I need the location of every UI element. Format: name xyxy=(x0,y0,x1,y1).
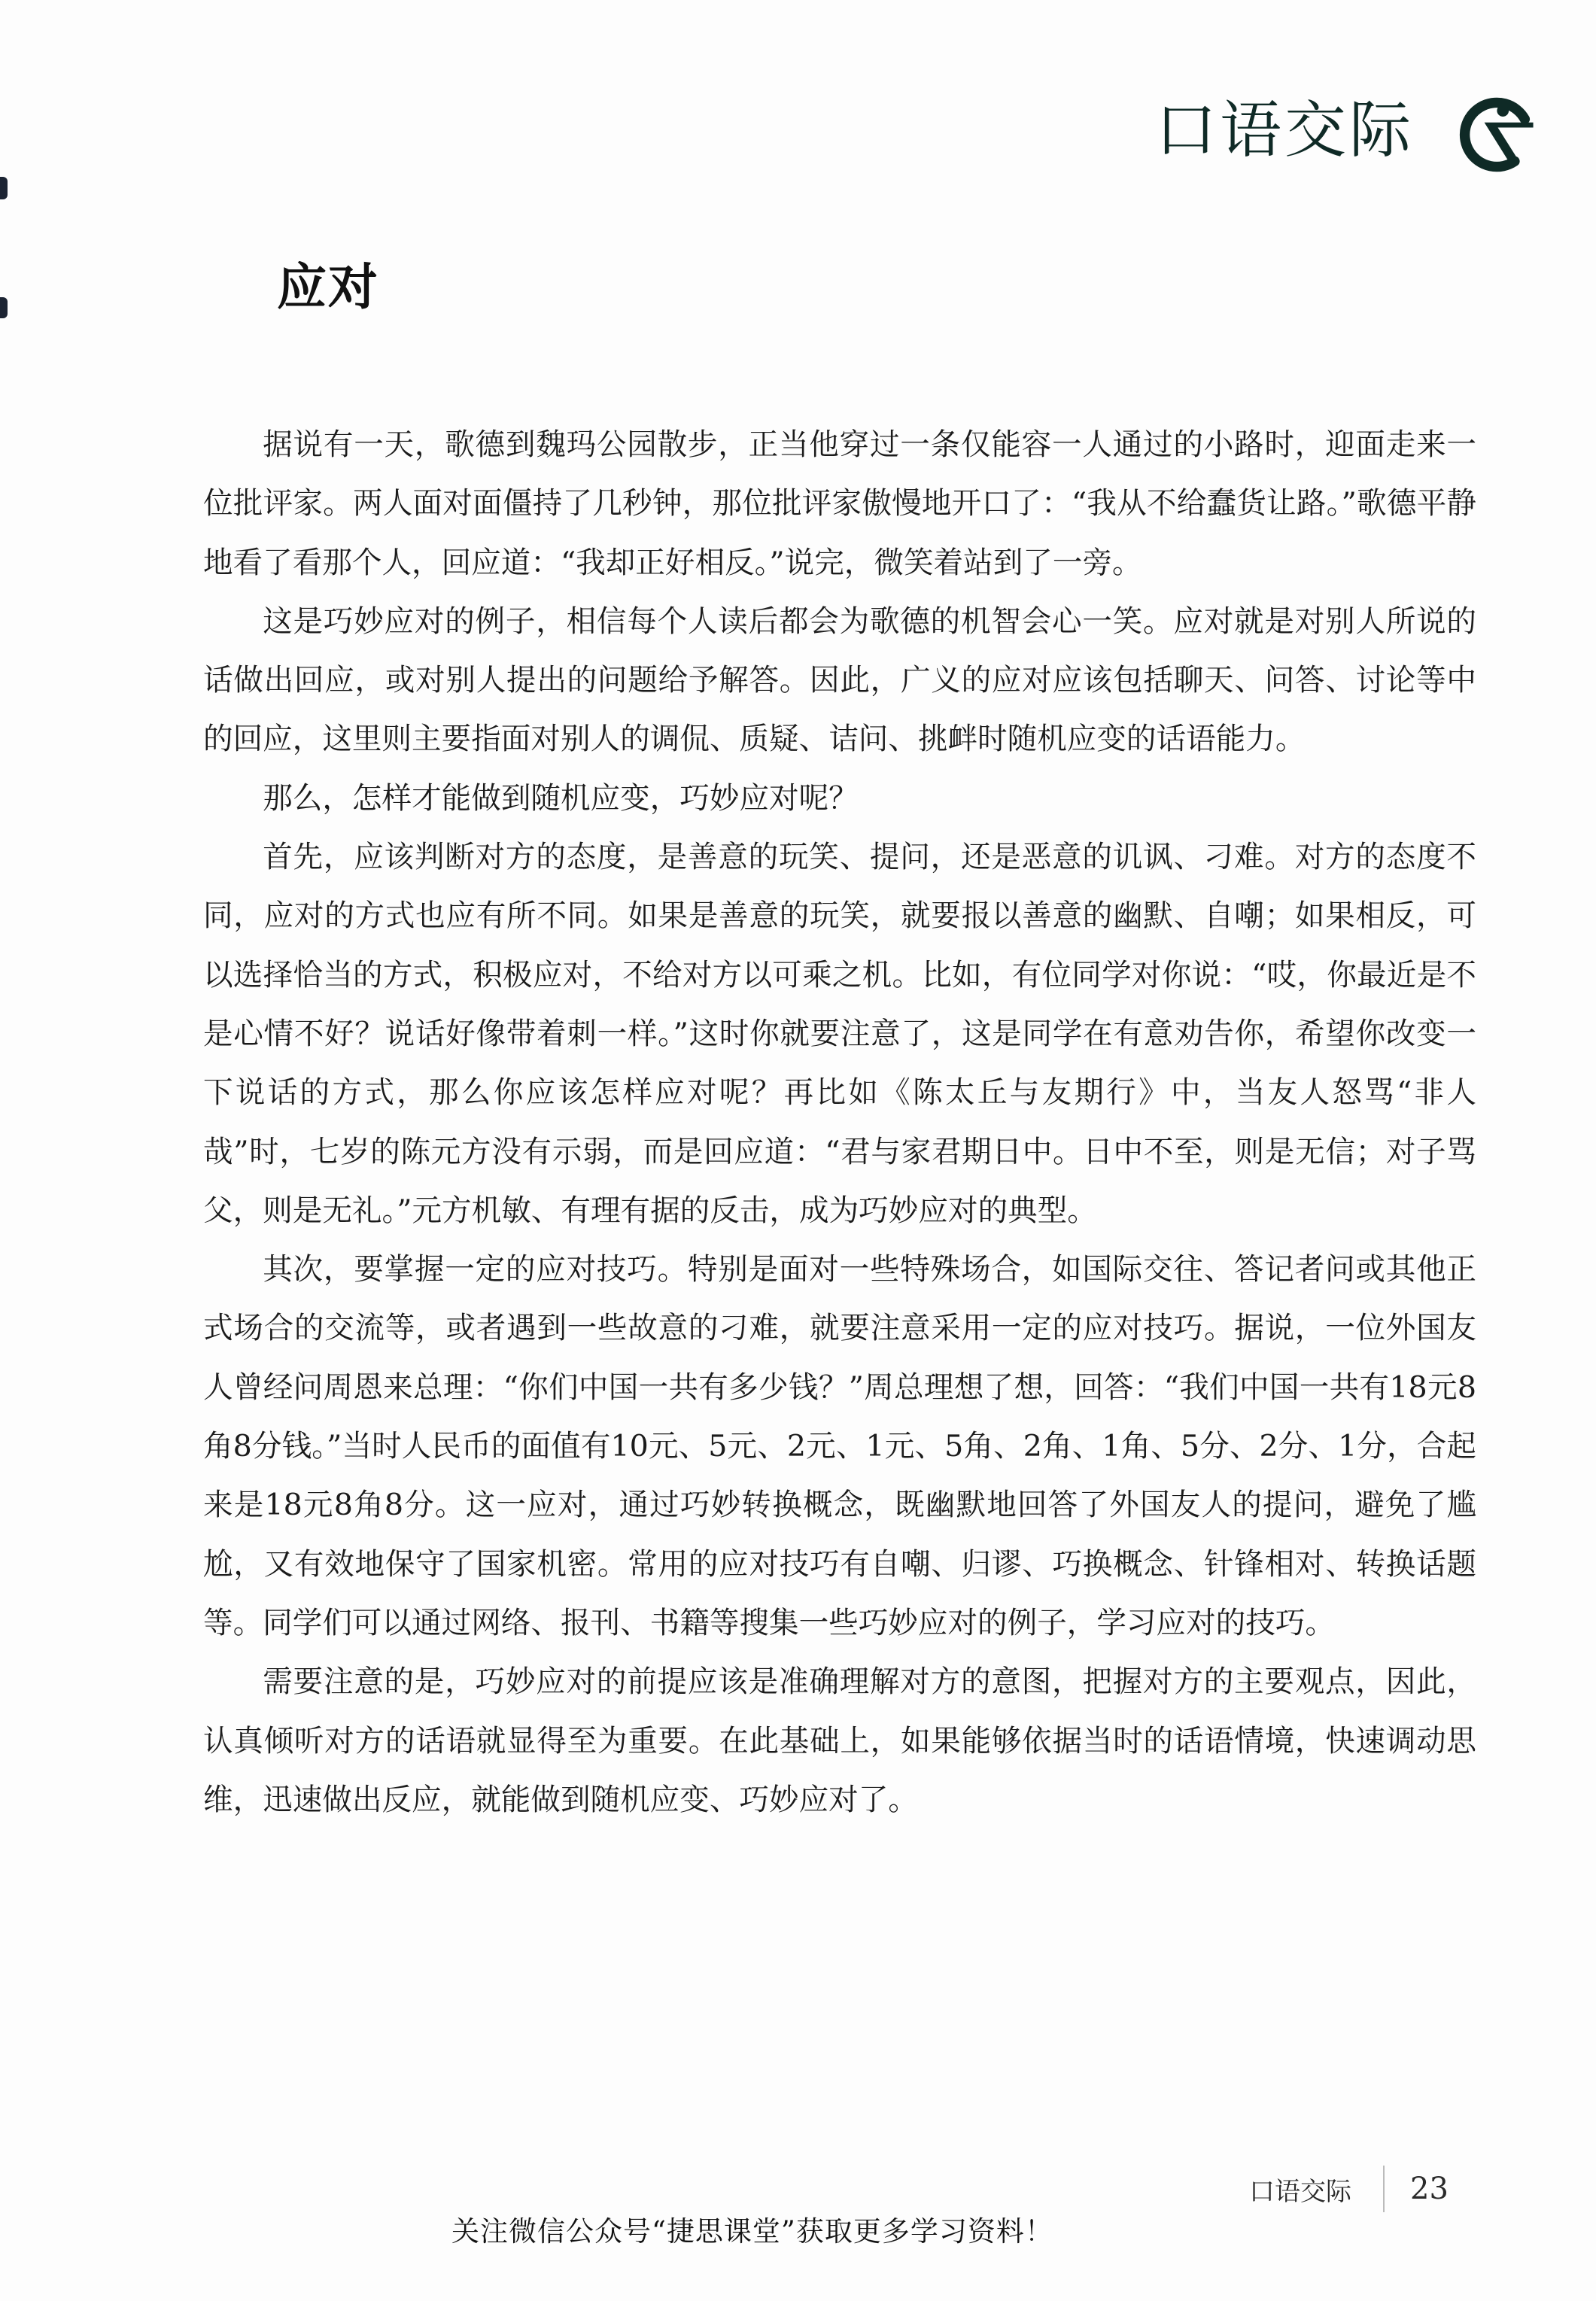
footer-section-label: 口语交际 xyxy=(1249,2171,1351,2208)
scan-edge-mark xyxy=(0,177,8,199)
section-header: 口语交际 xyxy=(1155,89,1543,173)
paragraph: 这是巧妙应对的例子，相信每个人读后都会为歌德的机智会心一笑。应对就是对别人所说的… xyxy=(203,592,1476,769)
page-footer: 口语交际 23 xyxy=(1249,2166,1449,2212)
speech-pacman-logo-icon xyxy=(1459,89,1543,173)
footer-divider xyxy=(1383,2166,1385,2212)
scan-edge-mark xyxy=(0,297,8,318)
paragraph: 其次，要掌握一定的应对技巧。特别是面对一些特殊场合，如国际交往、答记者问或其他正… xyxy=(203,1240,1476,1652)
paragraph: 首先，应该判断对方的态度，是善意的玩笑、提问，还是恶意的讥讽、刁难。对方的态度不… xyxy=(203,828,1476,1240)
article-body: 据说有一天，歌德到魏玛公园散步，正当他穿过一条仅能容一人通过的小路时，迎面走来一… xyxy=(203,415,1476,1829)
watermark-text: 关注微信公众号“捷思课堂”获取更多学习资料！ xyxy=(451,2208,1053,2249)
paragraph: 据说有一天，歌德到魏玛公园散步，正当他穿过一条仅能容一人通过的小路时，迎面走来一… xyxy=(203,415,1476,592)
paragraph: 那么，怎样才能做到随机应变，巧妙应对呢？ xyxy=(203,769,1476,828)
page-number: 23 xyxy=(1410,2172,1449,2206)
paragraph: 需要注意的是，巧妙应对的前提应该是准确理解对方的意图，把握对方的主要观点，因此，… xyxy=(203,1652,1476,1829)
section-title: 口语交际 xyxy=(1155,100,1414,162)
lesson-title: 应对 xyxy=(277,247,379,318)
